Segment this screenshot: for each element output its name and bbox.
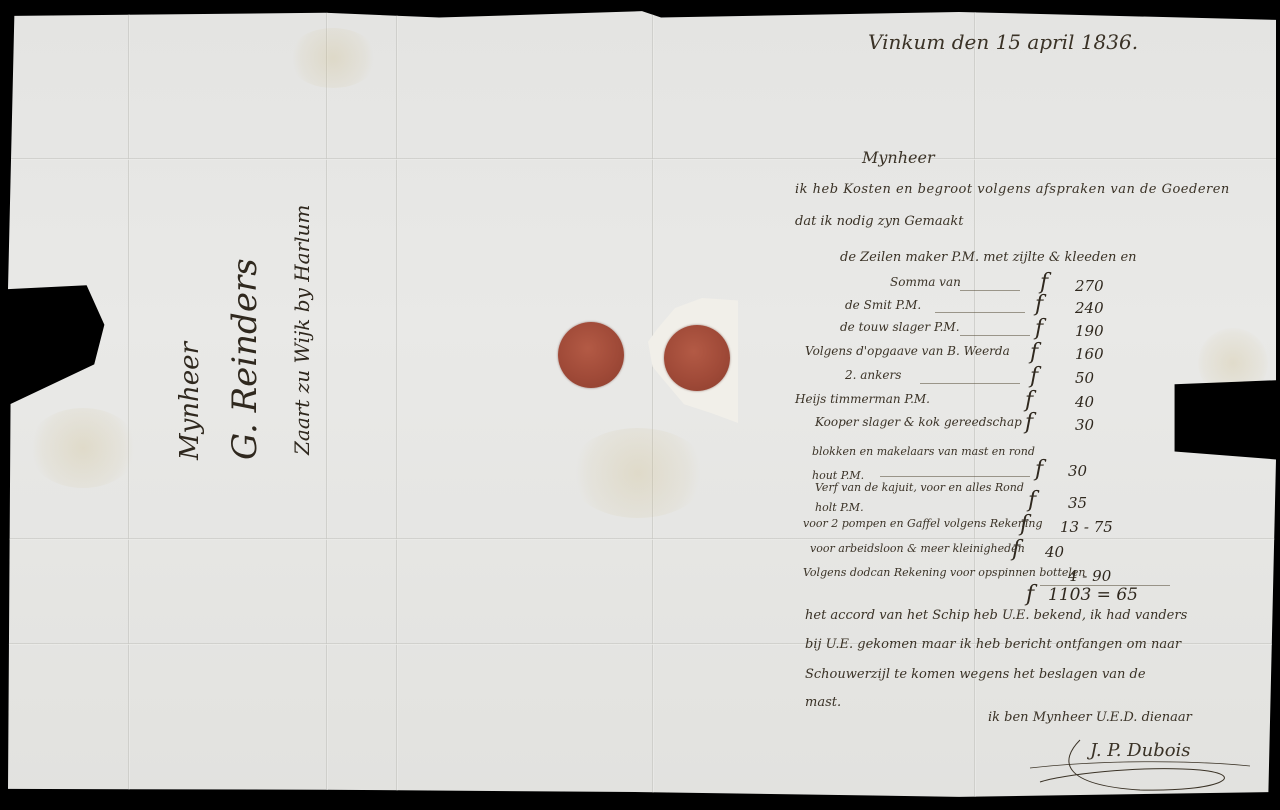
item-amount: 40 [1045, 543, 1064, 561]
body-line-1: het accord van het Schip heb U.E. bekend… [805, 608, 1187, 623]
currency-florin: f [1020, 512, 1028, 537]
leader-line [880, 476, 1030, 477]
item-label: voor arbeidsloon & meer kleinigheden [810, 542, 1025, 555]
item-label: de Smit P.M. [845, 298, 921, 312]
total-amount: 1103 = 65 [1048, 585, 1138, 605]
leader-line [960, 290, 1020, 291]
item-label: 2. ankers [845, 368, 901, 382]
item-label: voor 2 pompen en Gaffel volgens Rekening [803, 517, 1043, 530]
fold-crease [8, 158, 1276, 160]
item-amount: 30 [1075, 416, 1094, 434]
currency-florin: f [1012, 537, 1020, 562]
item-label: Heijs timmerman P.M. [795, 392, 930, 406]
item-amount: 270 [1075, 277, 1104, 295]
body-line-2: bij U.E. gekomen maar ik heb bericht ont… [805, 637, 1181, 652]
item-amount: 50 [1075, 369, 1094, 387]
item-label: Somma van [890, 275, 961, 289]
age-stain [568, 428, 708, 518]
age-stain [288, 28, 378, 88]
item-amount: 40 [1075, 393, 1094, 411]
wax-seal-left [558, 322, 624, 388]
leader-line [960, 335, 1030, 336]
intro-line-2: dat ik nodig zyn Gemaakt [795, 214, 963, 229]
closing: ik ben Mynheer U.E.D. dienaar [988, 710, 1192, 725]
address-salutation: Mynheer [175, 342, 205, 460]
fold-crease [652, 8, 654, 800]
leader-line [920, 383, 1020, 384]
currency-florin: f [1035, 316, 1043, 341]
letter-salutation: Mynheer [862, 148, 935, 167]
dateline: Vinkum den 15 april 1836. [868, 30, 1138, 54]
intro-line-1: ik heb Kosten en begroot volgens afsprak… [795, 182, 1230, 197]
item-header: de Zeilen maker P.M. met zijlte & kleede… [840, 250, 1137, 265]
currency-florin: f [1030, 364, 1038, 389]
item-amount: 240 [1075, 299, 1104, 317]
address-recipient: G. Reinders [225, 258, 265, 460]
fold-crease [396, 8, 398, 800]
item-label: Verf van de kajuit, voor en alles Rond h… [815, 478, 1035, 518]
age-stain [28, 408, 138, 488]
age-stain [1198, 328, 1268, 398]
item-label: de touw slager P.M. [840, 320, 960, 334]
currency-florin: f [1035, 292, 1043, 317]
currency-florin: f [1035, 457, 1043, 482]
item-amount: 35 [1068, 494, 1087, 512]
item-amount: 13 - 75 [1060, 518, 1113, 536]
leader-line [935, 312, 1025, 313]
item-amount: 30 [1068, 462, 1087, 480]
address-location: Zaart zu Wijk by Harlum [290, 205, 314, 455]
item-label: Kooper slager & kok gereedschap [815, 415, 1022, 429]
wax-seal-right [664, 325, 730, 391]
item-amount: 190 [1075, 322, 1104, 340]
currency-florin: f [1028, 488, 1036, 513]
item-label: Volgens d'opgaave van B. Weerda [805, 344, 1010, 358]
fold-crease [8, 538, 1276, 540]
currency-florin: f [1025, 410, 1033, 435]
item-amount: 160 [1075, 345, 1104, 363]
body-line-4: mast. [805, 695, 841, 710]
address-panel: Mynheer G. Reinders Zaart zu Wijk by Har… [130, 230, 380, 460]
item-label: Volgens dodcan Rekening voor opspinnen b… [803, 566, 1086, 579]
signature-flourish [1020, 730, 1260, 800]
item-amount: 4 - 90 [1068, 567, 1111, 585]
total-currency: f [1026, 582, 1034, 607]
currency-florin: f [1030, 340, 1038, 365]
body-line-3: Schouwerzijl te komen wegens het beslage… [805, 667, 1146, 682]
